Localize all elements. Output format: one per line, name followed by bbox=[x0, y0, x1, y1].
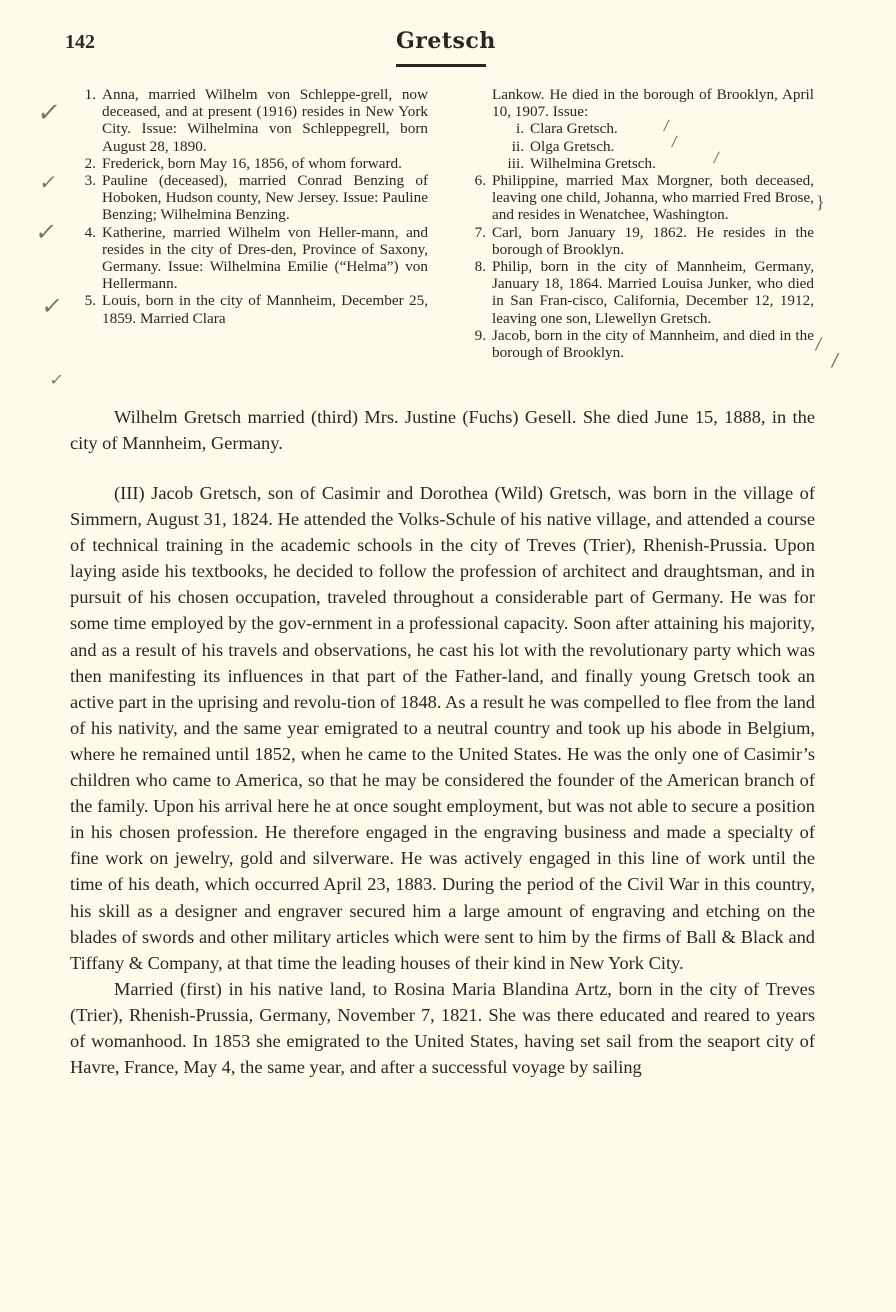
page-number: 142 bbox=[65, 31, 95, 54]
paragraph-text: (III) Jacob Gretsch, son of Casimir and … bbox=[70, 480, 815, 976]
sub-list-number: iii. bbox=[484, 155, 524, 172]
list-item-text: Jacob, born in the city of Mannheim, and… bbox=[492, 327, 814, 361]
running-head-underline bbox=[396, 64, 486, 67]
list-item-number: 2. bbox=[70, 155, 96, 172]
sub-list-number: ii. bbox=[484, 138, 524, 155]
children-list-right-column: Lankow. He died in the borough of Brookl… bbox=[460, 86, 814, 361]
list-item-text: Philippine, married Max Morgner, both de… bbox=[492, 172, 814, 223]
list-item: 3. Pauline (deceased), married Conrad Be… bbox=[70, 172, 428, 224]
list-item-text: Lankow. He died in the borough of Brookl… bbox=[492, 86, 814, 120]
jacob-gretsch-section: (III) Jacob Gretsch, son of Casimir and … bbox=[70, 480, 815, 1080]
list-item-number: 1. bbox=[70, 86, 96, 103]
pencil-tick-icon: / bbox=[814, 334, 823, 353]
list-item-number: 6. bbox=[460, 172, 486, 189]
list-item: 4. Katherine, married Wilhelm von Heller… bbox=[70, 224, 428, 293]
pencil-check-icon: ✓ bbox=[48, 370, 65, 389]
paragraph-text: Married (first) in his native land, to R… bbox=[70, 976, 815, 1080]
list-item-text: Katherine, married Wilhelm von Heller-ma… bbox=[102, 224, 428, 293]
third-marriage-paragraph: Wilhelm Gretsch married (third) Mrs. Jus… bbox=[70, 404, 815, 456]
running-head: Gretsch bbox=[396, 28, 492, 54]
list-item-text: Frederick, born May 16, 1856, of whom fo… bbox=[102, 155, 402, 172]
list-item-text: Philip, born in the city of Mannheim, Ge… bbox=[492, 258, 814, 327]
issue-sub-list: i. Clara Gretsch. ii. Olga Gretsch. iii.… bbox=[460, 120, 814, 172]
list-item-continuation: Lankow. He died in the borough of Brookl… bbox=[460, 86, 814, 120]
pencil-check-icon: ✓ bbox=[38, 170, 59, 194]
sub-list-item: iii. Wilhelmina Gretsch. bbox=[460, 155, 814, 172]
list-item-text: Anna, married Wilhelm von Schleppe-grell… bbox=[102, 86, 428, 155]
list-item: 7. Carl, born January 19, 1862. He resid… bbox=[460, 224, 814, 258]
sub-list-name: Olga Gretsch. bbox=[530, 138, 614, 155]
pencil-check-icon: ✓ bbox=[35, 98, 62, 128]
pencil-check-icon: ✓ bbox=[34, 218, 59, 246]
list-item-text: Carl, born January 19, 1862. He resides … bbox=[492, 224, 814, 258]
list-item: 9. Jacob, born in the city of Mannheim, … bbox=[460, 327, 814, 361]
list-item-number: 8. bbox=[460, 258, 486, 275]
sub-list-number: i. bbox=[484, 120, 524, 137]
sub-list-name: Wilhelmina Gretsch. bbox=[530, 155, 656, 172]
sub-list-name: Clara Gretsch. bbox=[530, 120, 618, 137]
book-page: 142 Gretsch ✓ ✓ ✓ ✓ ✓ 1. Anna, married W… bbox=[0, 0, 896, 1312]
children-list-left-column: 1. Anna, married Wilhelm von Schleppe-gr… bbox=[70, 86, 428, 327]
list-item: 8. Philip, born in the city of Mannheim,… bbox=[460, 258, 814, 327]
paragraph-text: Wilhelm Gretsch married (third) Mrs. Jus… bbox=[70, 404, 815, 456]
list-item-number: 3. bbox=[70, 172, 96, 189]
list-item-number: 5. bbox=[70, 292, 96, 309]
list-item-text: Pauline (deceased), married Conrad Benzi… bbox=[102, 172, 428, 223]
pencil-check-icon: ✓ bbox=[40, 292, 65, 320]
list-item: 1. Anna, married Wilhelm von Schleppe-gr… bbox=[70, 86, 428, 155]
list-item: 5. Louis, born in the city of Mannheim, … bbox=[70, 292, 428, 326]
sub-list-item: i. Clara Gretsch. bbox=[460, 120, 814, 137]
list-item-number: 4. bbox=[70, 224, 96, 241]
list-item-text: Louis, born in the city of Mannheim, Dec… bbox=[102, 292, 428, 326]
list-item-number: 7. bbox=[460, 224, 486, 241]
list-item: 6. Philippine, married Max Morgner, both… bbox=[460, 172, 814, 224]
list-item: 2. Frederick, born May 16, 1856, of whom… bbox=[70, 155, 428, 172]
list-item-number: 9. bbox=[460, 327, 486, 344]
pencil-brace-icon: } bbox=[816, 192, 825, 213]
pencil-tick-icon: / bbox=[830, 350, 840, 371]
sub-list-item: ii. Olga Gretsch. bbox=[460, 138, 814, 155]
